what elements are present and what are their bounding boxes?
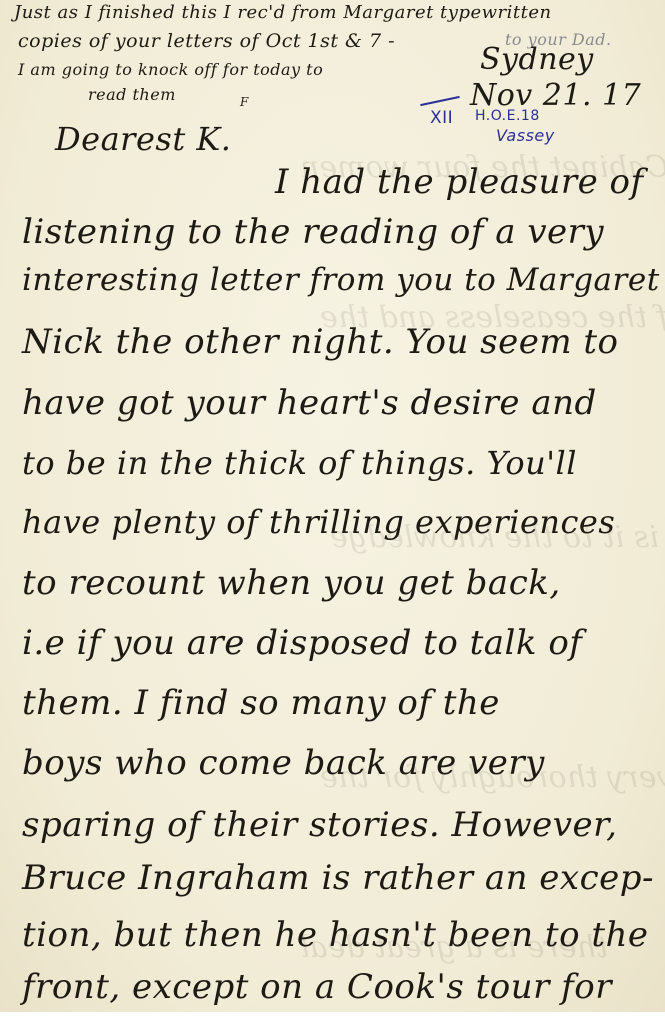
letter-page: Cabinet the four women of the ceaseless …	[0, 0, 665, 1012]
postscript-line: Just as I finished this I rec'd from Mar…	[14, 2, 552, 23]
body-line: i.e if you are disposed to talk of	[22, 623, 582, 663]
annotation-code: H.O.E.18	[475, 108, 540, 124]
body-line: Nick the other night. You seem to	[22, 322, 619, 362]
postscript-mark: F	[240, 95, 249, 109]
annotation-roman: XII	[430, 108, 453, 128]
body-line: Bruce Ingraham is rather an excep-	[22, 858, 654, 898]
body-line: sparing of their stories. However,	[22, 805, 617, 845]
postscript-line: copies of your letters of Oct 1st & 7 -	[18, 30, 395, 52]
body-line: have plenty of thrilling experiences	[22, 503, 615, 541]
body-line: boys who come back are very	[22, 743, 545, 783]
body-line: to recount when you get back,	[22, 563, 561, 603]
body-line: them. I find so many of the	[22, 683, 500, 723]
body-line: interesting letter from you to Margaret	[22, 262, 660, 298]
postscript-line: I am going to knock off for today to	[18, 60, 323, 79]
body-line: have got your heart's desire and	[22, 383, 597, 423]
annotation-stroke	[420, 96, 460, 106]
salutation: Dearest K.	[55, 120, 231, 158]
body-line: to be in the thick of things. You'll	[22, 444, 577, 482]
body-line: listening to the reading of a very	[22, 212, 604, 252]
body-line: tion, but then he hasn't been to the	[22, 915, 649, 955]
letter-place: Sydney	[480, 42, 594, 77]
body-line: I had the pleasure of	[275, 162, 644, 202]
annotation-name: Vassey	[496, 126, 555, 145]
body-line: front, except on a Cook's tour for	[22, 967, 612, 1007]
scan-edge	[0, 1012, 665, 1017]
postscript-line: read them	[88, 85, 176, 104]
